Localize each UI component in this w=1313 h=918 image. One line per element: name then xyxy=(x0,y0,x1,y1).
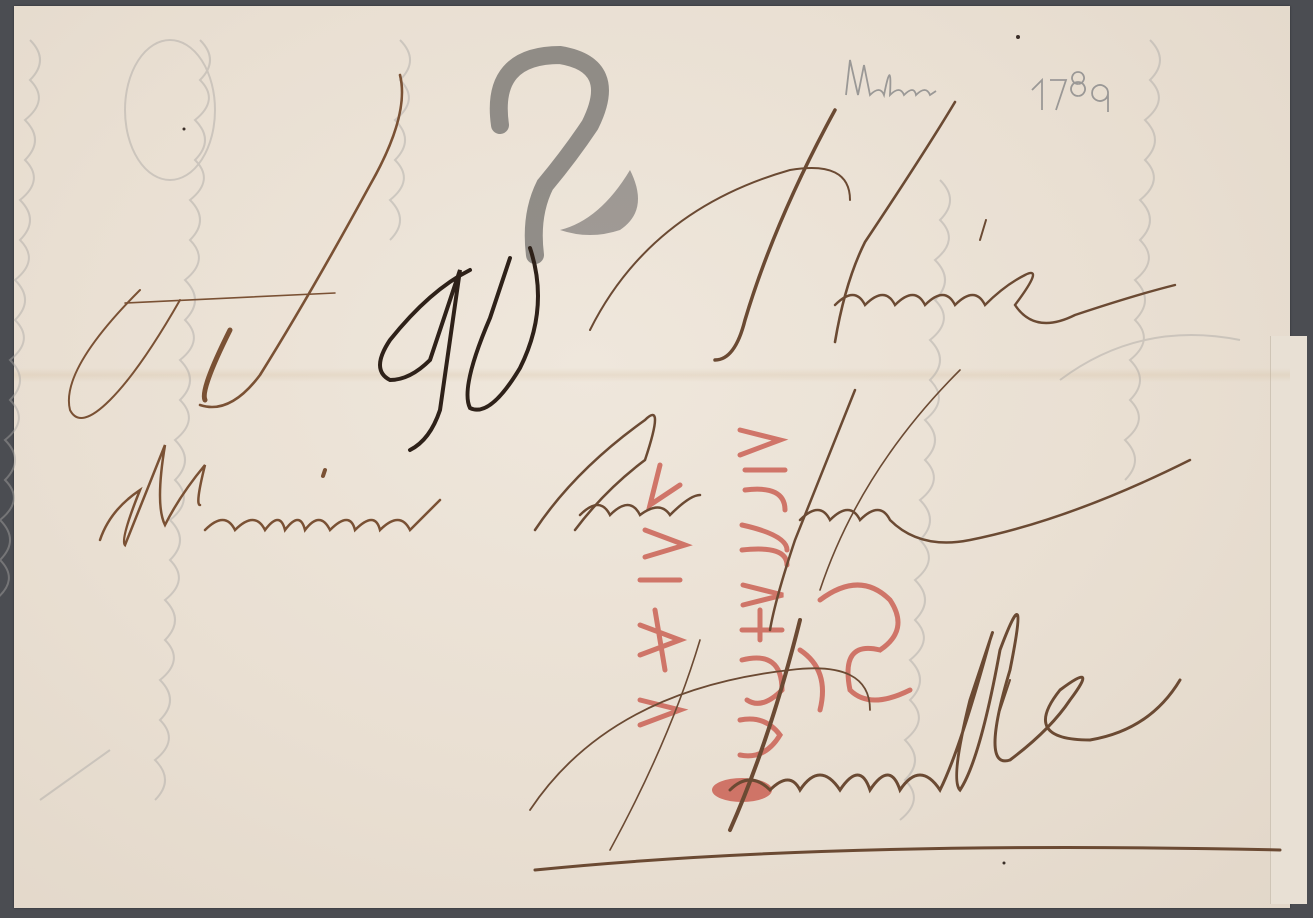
show-through-writing xyxy=(0,40,1240,820)
paper-specks xyxy=(183,35,1021,865)
letter-a-flourish xyxy=(69,75,402,418)
rate-mark-20 xyxy=(380,248,538,450)
rate-mark-2 xyxy=(499,55,638,255)
address-roux-freres xyxy=(535,370,1190,630)
handwriting-layer xyxy=(0,0,1313,918)
address-messieurs xyxy=(100,445,440,545)
postmark-andalucia-baxa[interactable] xyxy=(640,430,910,802)
address-top-word xyxy=(590,102,1175,360)
pencil-note xyxy=(846,60,1108,112)
